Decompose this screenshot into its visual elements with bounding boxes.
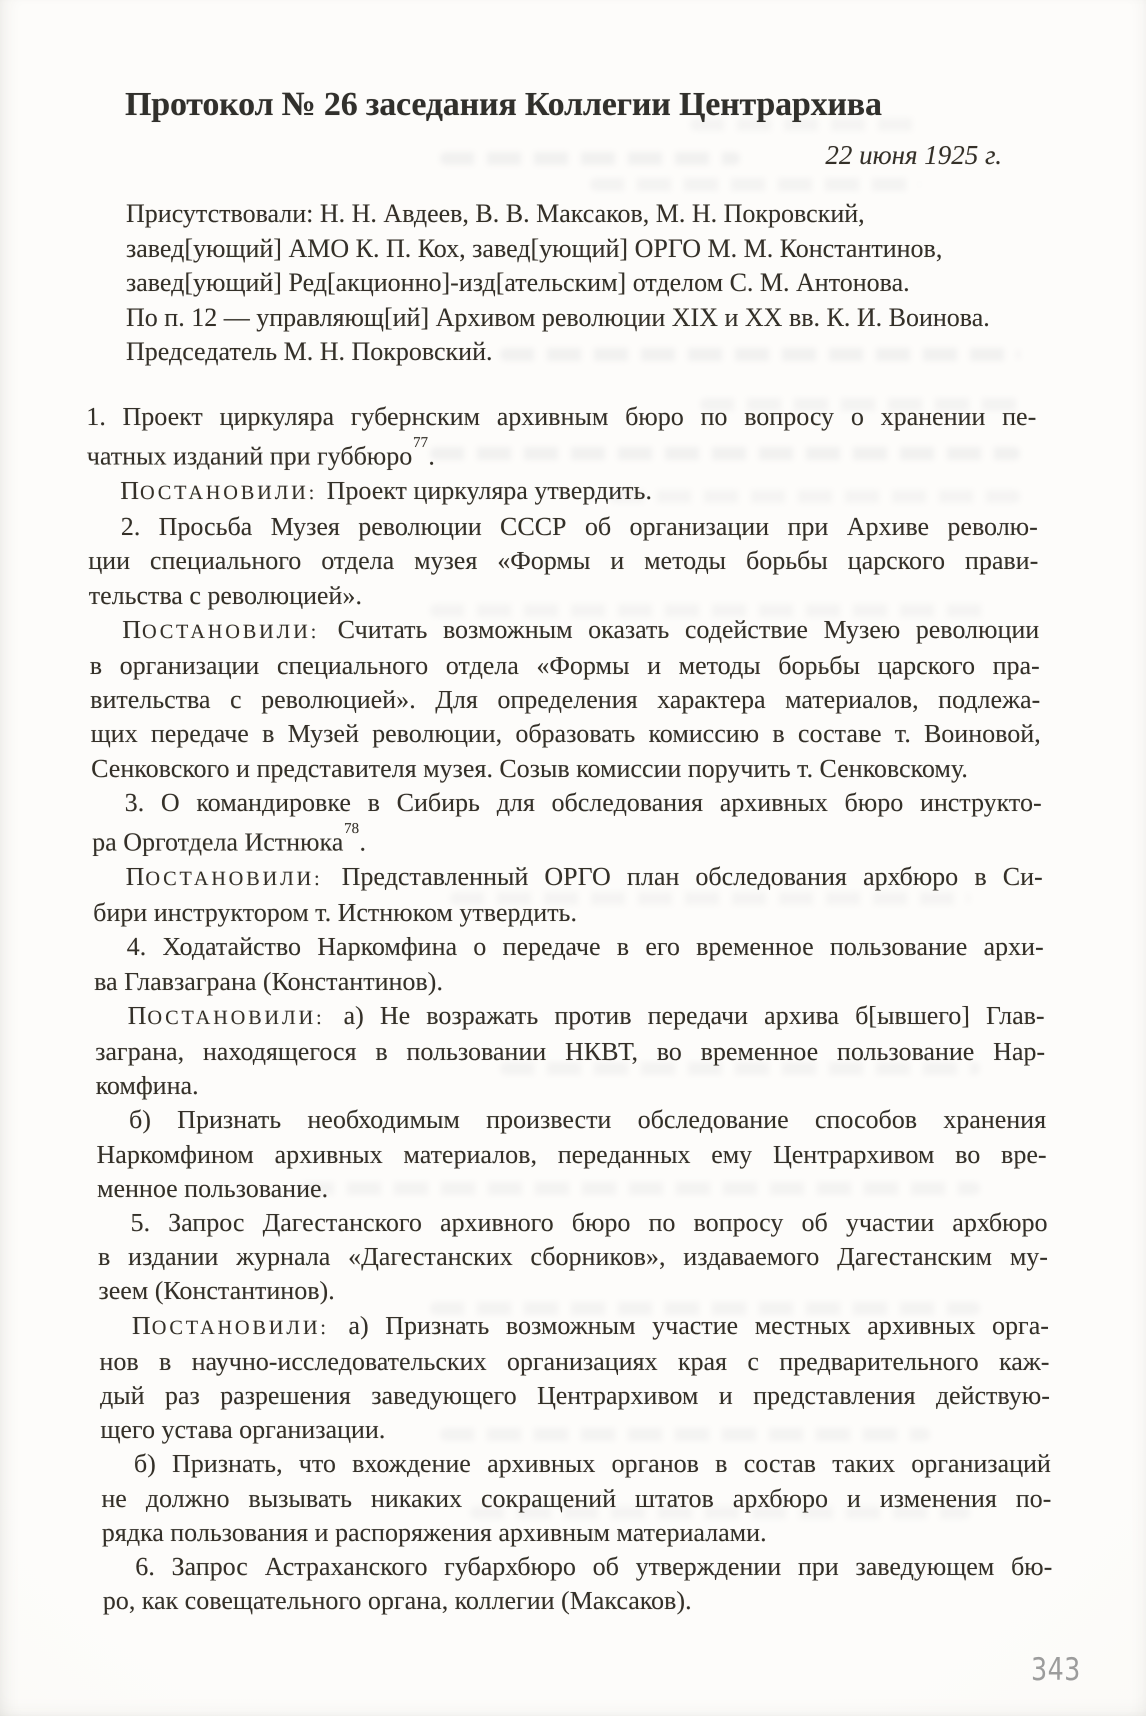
text-line: ва Главзаграна (Константинов). bbox=[94, 965, 1044, 999]
text-line: Наркомфином архивных материалов, передан… bbox=[96, 1138, 1046, 1172]
text-line: рядка пользования и распоряжения архивны… bbox=[102, 1516, 1052, 1550]
text-line: щего устава организации. bbox=[100, 1413, 1050, 1447]
text-line: дый раз разрешения заведующего Центрархи… bbox=[100, 1379, 1050, 1413]
text-line: ра Орготдела Истнюка78. bbox=[92, 820, 1043, 860]
bleedthrough-mark bbox=[440, 152, 740, 165]
document-date: 22 июня 1925 г. bbox=[825, 140, 1002, 171]
text-line: заграна, находящегося в пользовании НКВТ… bbox=[95, 1035, 1045, 1069]
text-line: ПОСТАНОВИЛИ: Представленный ОРГО план об… bbox=[92, 860, 1043, 896]
paragraph: ПОСТАНОВИЛИ: Представленный ОРГО план об… bbox=[92, 860, 1043, 930]
page-number: 343 bbox=[1031, 1652, 1081, 1688]
resolution-keyword: ПОСТАНОВИЛИ: bbox=[132, 1311, 329, 1340]
text-line: вительства с революцией». Для определени… bbox=[90, 683, 1040, 717]
text-line: зеем (Константинов). bbox=[98, 1274, 1048, 1308]
paragraph: 2. Просьба Музея революции СССР об орган… bbox=[88, 510, 1039, 613]
text-line: 6. Запрос Астраханского губархбюро об ут… bbox=[102, 1550, 1052, 1584]
text-line: менное пользование. bbox=[97, 1172, 1047, 1206]
paragraph: 6. Запрос Астраханского губархбюро об ут… bbox=[102, 1550, 1053, 1618]
text-line: в издании журнала «Дагестанских сборнико… bbox=[98, 1240, 1048, 1274]
text-line: б) Признать необходимым произвести обсле… bbox=[96, 1103, 1046, 1137]
text-line: 1. Проект циркуляра губернским архивным … bbox=[86, 400, 1036, 434]
text-line: б) Признать, что вхождение архивных орга… bbox=[101, 1447, 1051, 1481]
footnote-reference: 78 bbox=[344, 821, 359, 837]
text-line: в организации специального отдела «Формы… bbox=[89, 649, 1039, 683]
text-line: чатных изданий при губбюро77. bbox=[86, 434, 1037, 474]
text-line: бири инструктором т. Истнюком утвердить. bbox=[93, 896, 1043, 930]
text-line: ПОСТАНОВИЛИ: Проект циркуляра утвердить. bbox=[87, 474, 1038, 510]
text-line: ПОСТАНОВИЛИ: а) Признать возможным участ… bbox=[99, 1309, 1050, 1345]
resolution-keyword: ПОСТАНОВИЛИ: bbox=[127, 1001, 324, 1030]
attendee-line: По п. 12 — управляющ[ий] Архивом революц… bbox=[126, 301, 1026, 336]
bleedthrough-mark bbox=[590, 178, 920, 191]
paragraph: 3. О командировке в Сибирь для обследова… bbox=[91, 786, 1042, 860]
attendees-block: Присутствовали: Н. Н. Авдеев, В. В. Макс… bbox=[126, 197, 1026, 370]
page-title: Протокол № 26 заседания Коллегии Центрар… bbox=[125, 86, 882, 124]
text-line: 2. Просьба Музея революции СССР об орган… bbox=[88, 510, 1038, 544]
text-line: комфина. bbox=[95, 1069, 1045, 1103]
text-line: щих передаче в Музей революции, образова… bbox=[90, 717, 1040, 751]
paragraph: ПОСТАНОВИЛИ: Считать возможным оказать с… bbox=[89, 613, 1041, 786]
text-line: ПОСТАНОВИЛИ: а) Не возражать против пере… bbox=[94, 999, 1045, 1035]
text-line: ции специального отдела музея «Формы и м… bbox=[88, 544, 1038, 578]
footnote-reference: 77 bbox=[413, 435, 428, 451]
resolution-keyword: ПОСТАНОВИЛИ: bbox=[120, 476, 317, 505]
text-line: ПОСТАНОВИЛИ: Считать возможным оказать с… bbox=[89, 613, 1040, 649]
attendee-line: завед[ующий] АМО К. П. Кох, завед[ующий]… bbox=[126, 232, 1026, 267]
attendee-line: Председатель М. Н. Покровский. bbox=[126, 335, 1026, 370]
text-line: тельства с революцией». bbox=[88, 579, 1038, 613]
text-line: 5. Запрос Дагестанского архивного бюро п… bbox=[97, 1206, 1047, 1240]
paragraph: 4. Ходатайство Наркомфина о передаче в е… bbox=[93, 930, 1044, 998]
paragraph: 1. Проект циркуляра губернским архивным … bbox=[86, 400, 1037, 474]
text-line: нов в научно-исследовательских организац… bbox=[99, 1345, 1049, 1379]
scanned-page: Протокол № 26 заседания Коллегии Центрар… bbox=[0, 0, 1146, 1716]
resolution-keyword: ПОСТАНОВИЛИ: bbox=[122, 615, 319, 644]
attendee-line: завед[ующий] Ред[акционно]-изд[ательским… bbox=[126, 266, 1026, 301]
paragraph: 5. Запрос Дагестанского архивного бюро п… bbox=[97, 1206, 1048, 1309]
paragraph: ПОСТАНОВИЛИ: а) Признать возможным участ… bbox=[99, 1309, 1051, 1448]
resolution-keyword: ПОСТАНОВИЛИ: bbox=[125, 862, 322, 891]
attendee-line: Присутствовали: Н. Н. Авдеев, В. В. Макс… bbox=[126, 197, 1026, 232]
document-body: 1. Проект циркуляра губернским архивным … bbox=[86, 400, 1053, 1618]
text-line: Сенковского и представителя музея. Созыв… bbox=[91, 752, 1041, 786]
text-line: не должно вызывать никаких сокращений шт… bbox=[101, 1482, 1051, 1516]
paragraph: ПОСТАНОВИЛИ: а) Не возражать против пере… bbox=[94, 999, 1045, 1104]
paragraph: ПОСТАНОВИЛИ: Проект циркуляра утвердить. bbox=[87, 474, 1038, 510]
text-line: 3. О командировке в Сибирь для обследова… bbox=[91, 786, 1041, 820]
paragraph: б) Признать необходимым произвести обсле… bbox=[96, 1103, 1047, 1206]
text-line: ро, как совещательного органа, коллегии … bbox=[103, 1584, 1053, 1618]
paragraph: б) Признать, что вхождение архивных орга… bbox=[101, 1447, 1052, 1550]
text-line: 4. Ходатайство Наркомфина о передаче в е… bbox=[93, 930, 1043, 964]
